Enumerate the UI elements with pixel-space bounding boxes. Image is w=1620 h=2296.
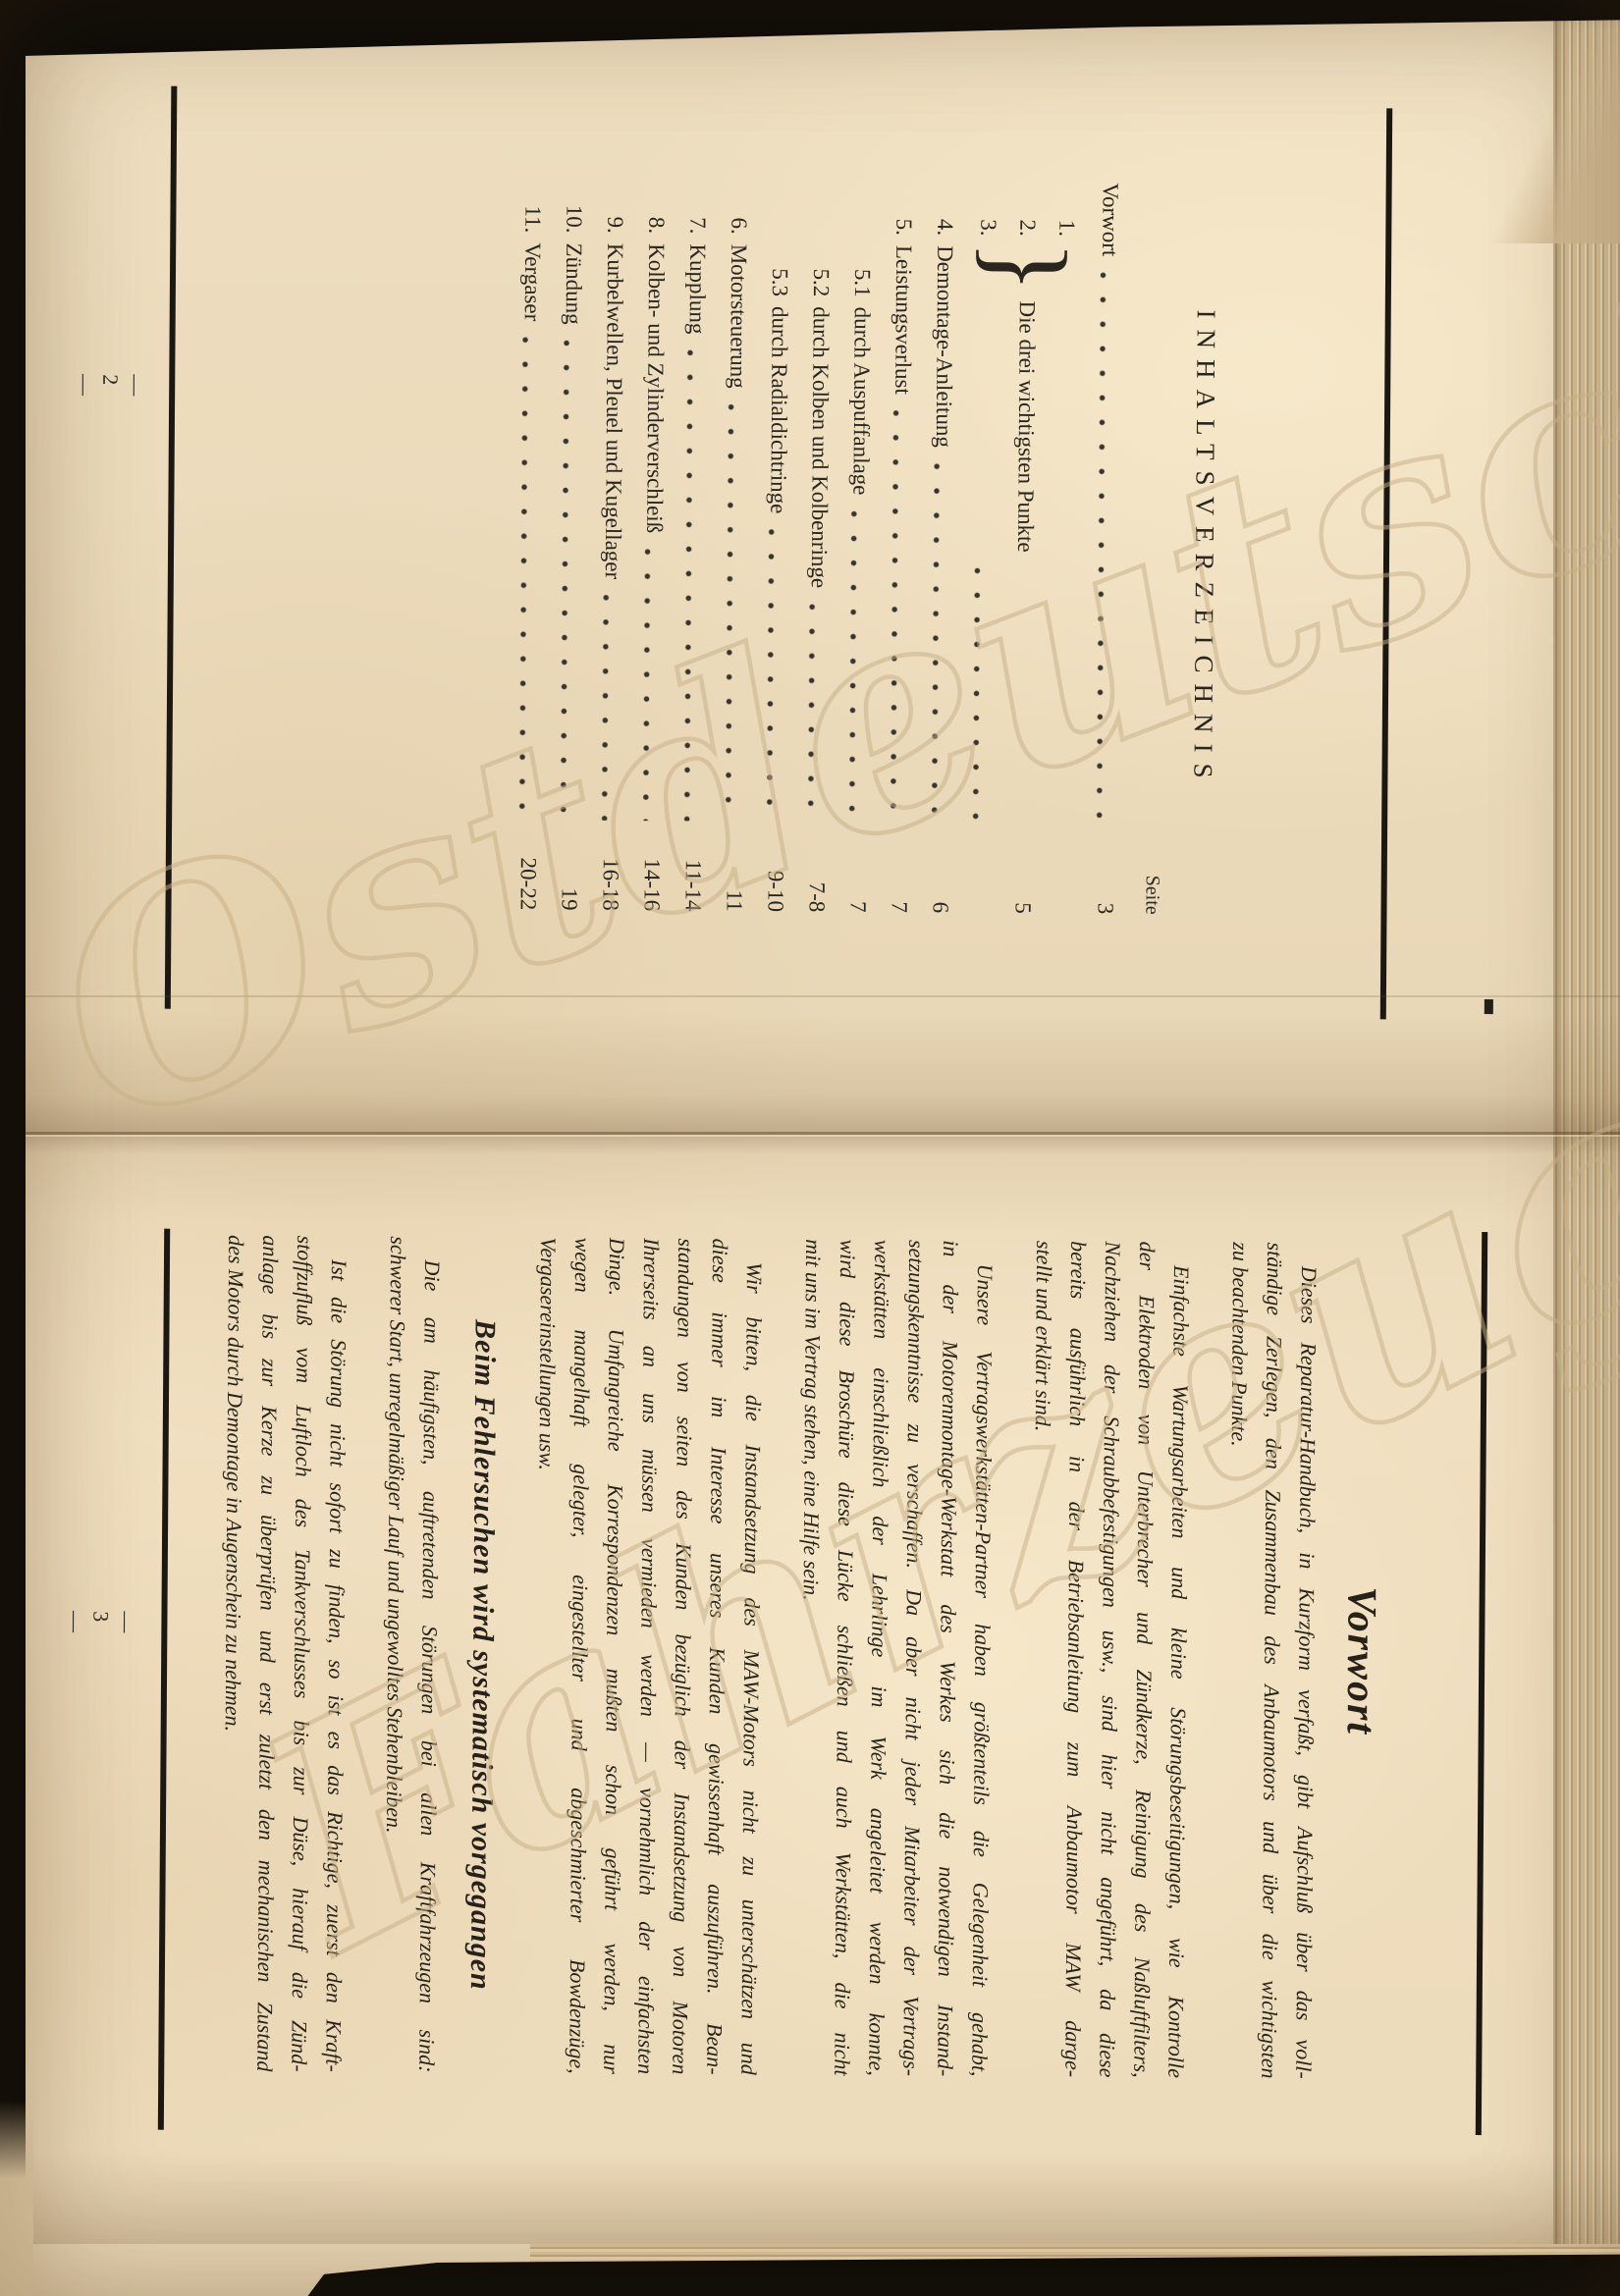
toc-entry-number: 10. bbox=[553, 179, 594, 233]
text-line: des Motors durch Demontage in Augenschei… bbox=[213, 1235, 253, 2071]
toc-entry-page: 9-10 bbox=[754, 833, 796, 912]
toc-entry-number: 8. bbox=[635, 180, 676, 234]
text-line: Ihrerseits an uns müssen vermieden werde… bbox=[628, 1238, 669, 2074]
dotted-leader bbox=[766, 529, 775, 822]
vorwort-subheading: Beim Fehlersuchen wird systematisch vorg… bbox=[458, 1237, 507, 2073]
text-line: stellt und erklärt sind. bbox=[1021, 1241, 1061, 2077]
toc-entry-number: 2. bbox=[1007, 183, 1047, 237]
toc-entry: 4.Demontage-Anleitung6 bbox=[919, 182, 965, 913]
toc-entry-number: 5.2 bbox=[800, 247, 841, 296]
vorwort-header-rule bbox=[1476, 1232, 1487, 2135]
text-line: werkstätten einschließlich der Lehrlinge… bbox=[859, 1240, 899, 2076]
toc-footer-rule bbox=[165, 86, 178, 1009]
toc-entry-page: 3 bbox=[1084, 835, 1126, 914]
vorwort-title: Vorwort bbox=[1334, 1243, 1387, 2079]
toc-entry: 6.Motorsteuerung11 bbox=[713, 181, 759, 912]
brace-glyph: } bbox=[968, 240, 1086, 294]
text-line: in der Motorenmontage-Werkstatt des Werk… bbox=[928, 1240, 968, 2076]
toc-entry-label: Leistungsverlust bbox=[882, 245, 924, 395]
toc-entry-page: 14-16 bbox=[630, 832, 673, 911]
paragraph: Einfachste Wartungsarbeiten und kleine S… bbox=[1021, 1241, 1199, 2078]
page-number-left: — 2 — bbox=[72, 374, 148, 399]
dotted-leader bbox=[518, 337, 528, 820]
dotted-leader bbox=[890, 410, 899, 823]
toc-entry-number: 9. bbox=[594, 180, 635, 234]
toc-heading: INHALTSVERZEICHNIS bbox=[1186, 184, 1221, 915]
toc-entry-number: 4. bbox=[924, 182, 965, 236]
paragraph: Ist die Störung nicht sofort zu finden, … bbox=[213, 1235, 356, 2072]
toc-entry-number: 6. bbox=[718, 181, 759, 235]
text-line: ständige Zerlegen, den Zusammenbau des A… bbox=[1252, 1242, 1292, 2078]
toc-entry: 7.Kupplung11-14 bbox=[672, 180, 718, 911]
toc-entry-label: Vergaser bbox=[512, 242, 554, 321]
toc-entry-page: 6 bbox=[919, 834, 961, 913]
toc-entry-label: Motorsteuerung bbox=[717, 244, 759, 389]
toc-entry-page: 16-18 bbox=[589, 832, 631, 911]
toc-entry-page: 20-22 bbox=[508, 831, 550, 910]
rotated-spread-content: INHALTSVERZEICHNIS Seite Vorwort31.2.3.}… bbox=[0, 0, 1620, 2296]
toc-entry: 8.Kolben- und Zylinderverschleiß14-16 bbox=[630, 180, 676, 911]
text-line: anlage bis zur Kerze zu überprüfen und e… bbox=[247, 1235, 288, 2071]
text-line: wird diese Broschüre diese Lücke schließ… bbox=[825, 1239, 865, 2075]
seite-label: Seite bbox=[1140, 684, 1164, 915]
toc-entry-page: 19 bbox=[548, 831, 590, 910]
toc-entry-label: durch Radialdichtringe bbox=[757, 306, 799, 514]
toc-entry-page: 7 bbox=[878, 834, 920, 913]
text-line: schwerer Start, unregelmäßiger Lauf und … bbox=[375, 1236, 415, 2072]
text-line: Einfachste Wartungsarbeiten und kleine S… bbox=[1159, 1242, 1199, 2078]
dotted-leader bbox=[931, 463, 941, 823]
toc-entry: 11.Vergaser20-22 bbox=[508, 179, 554, 910]
toc-entry-label: durch Auspuffanlage bbox=[839, 306, 882, 495]
toc-entry-number: 11. bbox=[512, 179, 553, 233]
toc-entry-label: durch Kolben und Kolbenringe bbox=[798, 306, 841, 588]
text-line: mit uns im Vertrag stehen, eine Hilfe se… bbox=[790, 1239, 831, 2075]
text-line: wegen mangelhaft gelegter, eingestellter… bbox=[560, 1238, 600, 2074]
vorwort-footer-rule bbox=[158, 1229, 170, 2130]
toc-header-rule bbox=[1380, 108, 1392, 1019]
toc-entry: Vorwort3 bbox=[1084, 183, 1130, 914]
text-line: stoffzufluß vom Luftloch des Tankverschl… bbox=[282, 1236, 322, 2072]
toc-entry: 5.Leistungsverlust7 bbox=[878, 182, 924, 913]
text-line: Unsere Vertragswerkstätten-Partner haben… bbox=[962, 1240, 1002, 2076]
dotted-leader bbox=[642, 549, 651, 821]
paper-corner-bottom-left bbox=[0, 2101, 33, 2296]
text-line: setzungskenntnisse zu verschaffen. Da ab… bbox=[893, 1240, 934, 2076]
text-line: Dinge. Umfangreiche Korrespondenzen mußt… bbox=[594, 1238, 634, 2074]
toc-entry-page: 7 bbox=[837, 833, 879, 912]
toc-entry-label: Zündung bbox=[553, 242, 595, 324]
toc-entry: 5.3durch Radialdichtringe9-10 bbox=[754, 247, 800, 912]
toc-entry-group: 1.2.3.}Die drei wichtigsten Punkte5 bbox=[960, 182, 1089, 914]
text-line: Die am häufigsten, auftretenden Störunge… bbox=[409, 1236, 450, 2072]
page-number-right: — 3 — bbox=[62, 1611, 138, 1635]
text-line: zu beachtenden Punkte. bbox=[1217, 1242, 1258, 2078]
toc-entry-number: 3. bbox=[968, 182, 1007, 236]
paragraph: Die am häufigsten, auftretenden Störunge… bbox=[375, 1236, 450, 2072]
dotted-leader bbox=[848, 510, 857, 822]
toc-list: Vorwort31.2.3.}Die drei wichtigsten Punk… bbox=[508, 179, 1131, 914]
text-line: standungen von seiten des Kunden bezügli… bbox=[663, 1238, 703, 2074]
text-line: Wir bitten, die Instandsetzung des MAW-M… bbox=[731, 1239, 772, 2075]
dotted-leader bbox=[1096, 272, 1107, 824]
dotted-leader bbox=[560, 341, 569, 821]
toc-entry-number: 5. bbox=[883, 182, 924, 236]
paragraph: Dieses Reparatur-Handbuch, in Kurzform v… bbox=[1217, 1242, 1326, 2079]
toc-entry-number: 5.1 bbox=[841, 247, 883, 296]
toc-entry: 10.Zündung19 bbox=[548, 179, 594, 910]
text-line: der Elektroden von Unterbrecher und Zünd… bbox=[1124, 1242, 1164, 2078]
toc-entry: 9.Kurbelwellen, Pleuel und Kugellager16-… bbox=[589, 180, 635, 911]
toc-entry-label: Die drei wichtigsten Punkte bbox=[1004, 300, 1048, 552]
text-line: Nachziehen der Schraubbefestigungen usw.… bbox=[1090, 1241, 1130, 2077]
text-line: bereits ausführlich in der Betriebsanlei… bbox=[1055, 1241, 1096, 2077]
text-line: Vergasereinstellungen usw. bbox=[525, 1237, 566, 2073]
paragraph: Unsere Vertragswerkstätten-Partner haben… bbox=[790, 1239, 1002, 2076]
toc-group-numbers: 1.2.3. bbox=[968, 182, 1086, 237]
scanner-edge-left bbox=[0, 0, 26, 2296]
dotted-leader bbox=[725, 404, 734, 822]
toc-entry-page: 5 bbox=[1001, 835, 1044, 914]
toc-entry-number: 1. bbox=[1047, 183, 1086, 237]
toc-entry-number: 7. bbox=[676, 180, 718, 234]
dotted-leader bbox=[807, 604, 816, 822]
toc-entry-label: Demontage-Anleitung bbox=[923, 245, 965, 448]
toc-entry-label: Kolben- und Zylinderverschleiß bbox=[633, 243, 676, 533]
vorwort-body: Dieses Reparatur-Handbuch, in Kurzform v… bbox=[189, 1235, 1326, 2079]
dotted-leader bbox=[972, 567, 981, 823]
toc-entry: 5.1durch Auspuffanlage7 bbox=[837, 247, 883, 912]
text-line: diese immer im Interesse unseres Kunden … bbox=[697, 1239, 737, 2075]
toc-entry-page: 11 bbox=[713, 833, 755, 912]
paragraph: Wir bitten, die Instandsetzung des MAW-M… bbox=[525, 1237, 772, 2075]
scanned-book-spread: INHALTSVERZEICHNIS Seite Vorwort31.2.3.}… bbox=[0, 0, 1620, 2296]
text-line: Ist die Störung nicht sofort zu finden, … bbox=[316, 1236, 356, 2072]
text-line: Dieses Reparatur-Handbuch, in Kurzform v… bbox=[1286, 1243, 1326, 2079]
toc-entry: 5.2durch Kolben und Kolbenringe7-8 bbox=[795, 247, 841, 912]
gutter-rule-fragment bbox=[1485, 999, 1493, 1014]
toc-entry-label: Vorwort bbox=[1089, 183, 1131, 256]
toc-entry-number: 5.3 bbox=[759, 247, 800, 296]
toc-entry-label: Kupplung bbox=[676, 243, 719, 334]
dotted-leader bbox=[683, 349, 693, 821]
toc-entry-page: 11-14 bbox=[672, 832, 714, 911]
dotted-leader bbox=[601, 595, 610, 821]
toc-entry-label: Kurbelwellen, Pleuel und Kugellager bbox=[592, 243, 635, 580]
toc-entry-page: 7-8 bbox=[795, 833, 837, 912]
